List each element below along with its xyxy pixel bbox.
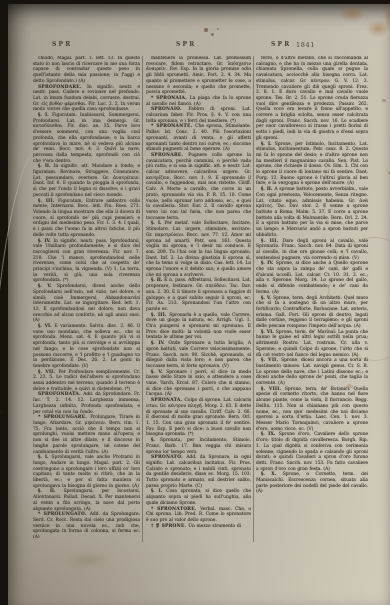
paragraph: §. I. Per metaf. vale Sollecitare, Incit… [146, 221, 251, 278]
dictionary-entry: * SPRONATORE. Verbal. masc. Che, o Chi s… [146, 507, 251, 524]
section-mark: §. I. [38, 455, 52, 460]
section-mark: §. IV. [261, 261, 276, 266]
section-mark: §. IX. [261, 432, 279, 437]
page-number: 1841 [296, 41, 315, 49]
column-rule-left [142, 56, 143, 542]
text-column-1: chiodo, Magal. part. 1. lett. 13. In que… [33, 56, 140, 538]
dictionary-entry: §. VII. Sprone, dicesi ancora a una sort… [256, 358, 368, 387]
dictionary-entry: * SPROLUNGARE. Prolungare, Tirare in lun… [33, 415, 140, 455]
dictionary-entry: † ❡ SPRONE. Un mezzo strumento di [146, 524, 251, 530]
section-mark: §. VI. [38, 324, 54, 329]
entry-headword: * SPROLUNGATO. [38, 512, 90, 517]
paragraph: §. II. A sprone battuto, posto avverbial… [256, 187, 368, 238]
section-mark: §. I. [38, 113, 52, 118]
paragraph: chiodo, Magal. part. 1. lett. 13. In que… [33, 56, 140, 85]
section-mark: §. II. [38, 489, 64, 494]
dictionary-entry: §. III. Figuratam. Entrare addentro coll… [33, 199, 140, 239]
paragraph: §. V. Spronare i porri, si dice in modo … [146, 370, 251, 399]
entry-headword: §. VIII. [261, 387, 285, 392]
entry-headword: §. III. [261, 239, 283, 244]
paragraph: §. VI. Sprone, term. de' Marinai. La pun… [256, 330, 368, 359]
paragraph: §. Spronata, per Incitamento, Stimolo. F… [146, 438, 251, 455]
entry-headword: SPROFONDARE. [38, 85, 87, 90]
running-head-left: SPR [52, 41, 72, 48]
paper-smudge [64, 551, 110, 569]
running-head-right: SPR [271, 41, 291, 48]
paper-speck [217, 28, 219, 30]
section-mark: §. II. [151, 278, 164, 283]
dictionary-entry: SPRONATO. Add. da Spronare, in ogni sign… [146, 455, 251, 489]
paper-speck [382, 99, 386, 102]
section-mark: §. I. [151, 221, 165, 226]
dictionary-entry: SPROFONDATA. Add. da Sprofondare. Fr. Ia… [33, 392, 140, 415]
paragraph: §. I. Sprolungarsi, vale anche Protrarsi… [33, 455, 140, 489]
dictionary-entry: §. III. Spronarla è a quello, vale Corre… [146, 313, 251, 342]
dictionary-entry: SPRONAIO. Fabbro di sproni. Lat. calcari… [146, 107, 251, 124]
entry-headword: SPRONATA. [151, 398, 184, 403]
entry-headword: §. VII. [261, 358, 281, 363]
paragraph: §. V. Sprone, term. degli Architetti. Qu… [256, 296, 368, 330]
dictionary-entry: * SPRONAIA. La piaga che fa lo sprone al… [146, 96, 251, 107]
paper-stain [384, 0, 390, 34]
entry-headword: † ❡ SPRONE. [151, 524, 188, 529]
section-mark: §. V. [261, 296, 273, 301]
section-mark: §. II. [261, 187, 274, 192]
paragraph: mantenere la promessa. Lat. promissum re… [146, 56, 251, 96]
paragraph: §. IX. Sprone d'oro, Cavaliere dello spr… [256, 432, 368, 472]
paragraph: §. IV. Onde Spronare a tutta briglia, A … [146, 341, 251, 370]
section-mark: §. VI. [261, 330, 276, 335]
paragraph: §. II. In signific. att. Mandare a fondo… [33, 164, 140, 198]
paragraph: §. I. Cosa spronata, si dice quello che … [146, 489, 251, 506]
dictionary-entry: §. VIII. Sprone, term. de' Botanici. Que… [256, 387, 368, 433]
paragraph: ferro, o d'altro metallo, che si raccoma… [256, 56, 368, 142]
entry-headword: SPRONATO. [151, 455, 186, 460]
section-mark: §. V. [151, 370, 166, 375]
entry-headword: * SPRONAIA. [151, 96, 190, 101]
entry-headword: SPROFONDATA. [38, 392, 83, 397]
paragraph: §. I. Figuratam. Inabissarsi, Sommergers… [33, 113, 140, 164]
paper-stain [338, 5, 366, 22]
text-column-3: ferro, o d'altro metallo, che si raccoma… [256, 56, 368, 528]
paragraph: §. II. E n. pass. Affrettarsi, Sollecita… [146, 278, 251, 312]
dictionary-entry: * SPRONANTE. Che sprona, Stimolante. Pal… [146, 124, 251, 153]
entry-headword: * SPROLUNGARE. [38, 415, 90, 420]
running-head-center: SPR [176, 41, 196, 48]
scanned-page-photo: SPR SPR SPR 1841 chiodo, Magal. part. 1.… [0, 0, 390, 605]
section-mark: §. V. [38, 284, 57, 289]
entry-headword: SPRONARE. [151, 153, 188, 158]
paragraph: §. IV. In signific. neutr. pass. Sprofon… [33, 239, 140, 285]
section-mark: §. II. [38, 164, 54, 169]
entry-headword: §. III. [151, 313, 169, 318]
paper-speck [211, 33, 214, 36]
paragraph: §. VI. E variamente. Salvin. disc. 2. 46… [33, 324, 140, 370]
dictionary-entry: * SPROLUNGATO. Add. da Sprolungare. Serd… [33, 512, 140, 538]
entry-headword: * SPRONATORE. [151, 507, 200, 512]
paragraph: §. II. Sprolungarsi, per Iscostarsi, All… [33, 489, 140, 512]
paper-stain [366, 19, 390, 38]
text-column-2: mantenere la promessa. Lat. promissum re… [146, 56, 251, 542]
dictionary-entry: §. VII. Per Profondare semplicemente. Cr… [33, 370, 140, 393]
section-mark: §. [151, 438, 160, 443]
section-mark: §. I. [151, 489, 166, 494]
paragraph: §. I. Sprone, per Istimolo, Incitamento.… [256, 142, 368, 188]
paragraph: §. V. Sprofondarsi, dicesi anche dello S… [33, 284, 140, 324]
column-rule-right [253, 56, 254, 542]
dictionary-entry: SPRONARE. Pugnere collo sprone la cavalc… [146, 153, 251, 221]
dictionary-entry: SPRONATA. Colpo di sprone. Lat. calcaris… [146, 398, 251, 438]
entry-headword: * SPRONANTE. [151, 124, 195, 129]
section-mark: §. IV. [38, 239, 53, 244]
section-mark: §. X. [261, 472, 283, 477]
dictionary-entry: SPROFONDARE. In signific. neutr. e neutr… [33, 85, 140, 114]
paragraph: §. IV. Sprone, si dice anche a Quello sp… [256, 261, 368, 295]
section-mark: §. I. [261, 142, 275, 147]
paper-speck [204, 28, 208, 32]
entry-headword: SPRONAIO. [151, 107, 188, 112]
paragraph: §. X. Sprone, o Cornetto, term. dei Mani… [256, 472, 368, 495]
dictionary-entry: §. III. Dare degli sproni al cavallo, va… [256, 239, 368, 262]
entry-headword: §. VII. [38, 370, 58, 375]
entry-headword: §. III. [38, 199, 58, 204]
section-mark: §. IV. [151, 341, 168, 346]
